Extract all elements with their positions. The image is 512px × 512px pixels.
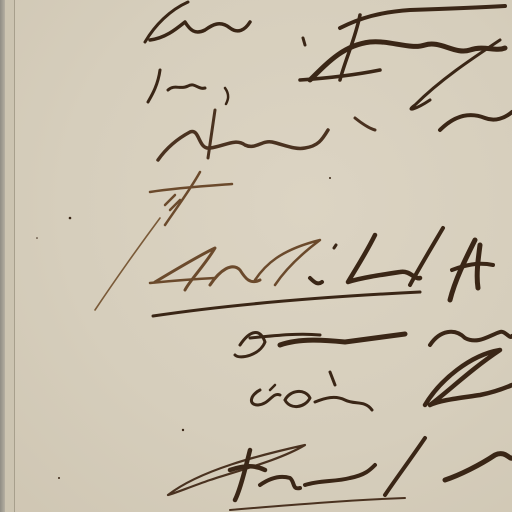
manuscript-page: tiatis ; flori… fis, ; subsessi… dentibu… <box>0 0 512 512</box>
handwriting-strokes <box>0 0 512 512</box>
